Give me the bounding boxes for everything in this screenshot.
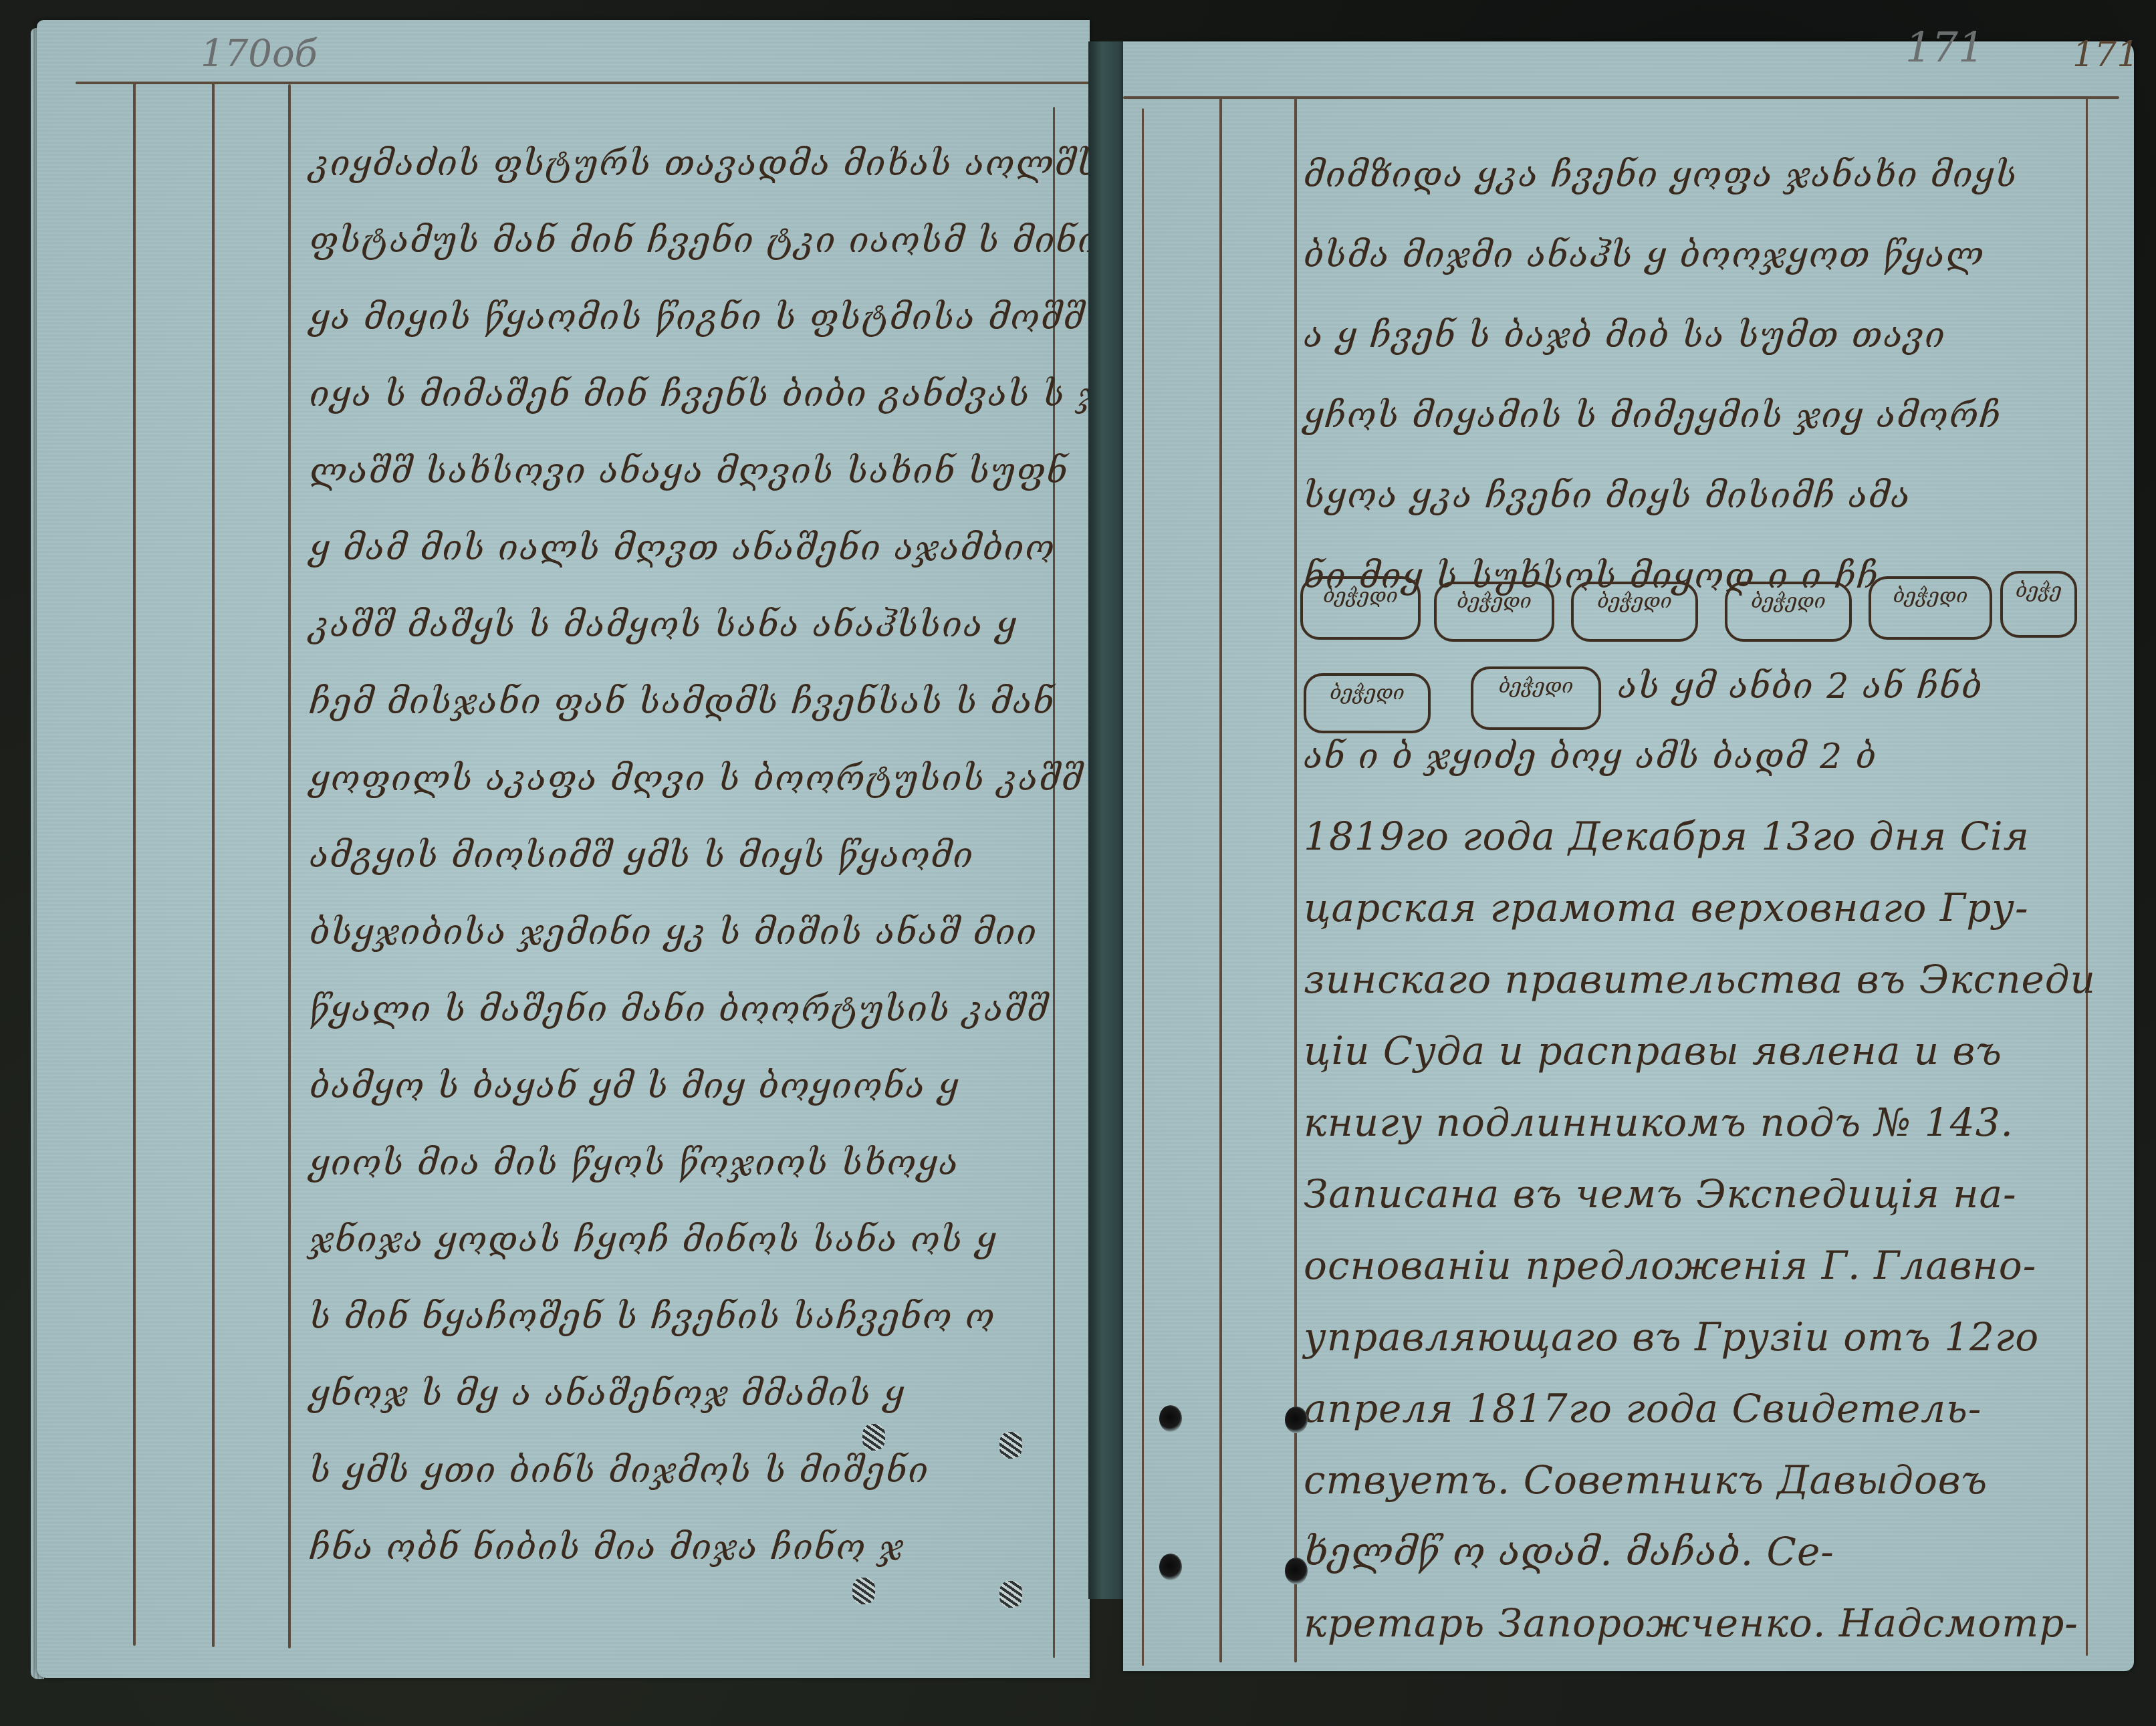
text-line: იყა ს მიმაშენ მინ ჩვენს ბიბი განძვას ს ჯ… — [310, 374, 1124, 414]
text-line: ყჩოს მიყამის ს მიმეყმის ჯიყ ამორჩ — [1304, 396, 2002, 436]
folio-number-ink: 171 — [2072, 35, 2139, 75]
margin-rule-right — [1053, 107, 1055, 1658]
text-line: ყოფილს აკაფა მღვი ს ბოორტუსის კაშშ ს — [310, 759, 1118, 799]
text-line: апреля 1817го года Свидетель- — [1304, 1386, 1982, 1431]
text-line: ціи Суда и расправы явлена и въ — [1304, 1028, 2002, 1074]
seal-stamp: ბეჭე — [2000, 571, 2077, 638]
text-line: книгу подлинникомъ подъ № 143. — [1304, 1100, 2014, 1145]
seal-stamp: ბეჭედი — [1434, 582, 1554, 642]
punch-hole — [999, 1581, 1022, 1608]
punch-hole — [1159, 1554, 1182, 1580]
punch-hole — [862, 1424, 885, 1451]
text-line: ლაშშ სახსოვი ანაყა მღვის სახინ სუფნ — [310, 451, 1069, 491]
column-rule-2 — [212, 83, 215, 1647]
text-line: ამგყის მიოსიმშ ყმს ს მიყს წყაომი — [310, 836, 974, 876]
seal-stamp: ბეჭედი — [1304, 673, 1431, 733]
top-rule — [76, 82, 1092, 84]
column-rule-3 — [288, 84, 291, 1648]
text-line: ფსტამუს მან მინ ჩვენი ტკი იაოსმ ს მინიმ — [310, 221, 1121, 261]
seal-stamp: ბეჭედი — [1300, 576, 1421, 640]
text-line: კიყმაძის ფსტურს თავადმა მიხას აოლშსრსმ ს — [310, 144, 1209, 184]
seal-stamp: ბეჭედი — [1725, 582, 1852, 642]
folio-number-pencil: 171 — [1905, 23, 1984, 72]
seal-stamp: ბეჭედი — [1869, 576, 1992, 640]
punch-hole — [852, 1578, 875, 1604]
text-line: ჩემ მისჯანი ფან სამდმს ჩვენსას ს მან — [310, 682, 1055, 722]
column-rule-2 — [1219, 98, 1222, 1662]
text-line: ყ მამ მის იალს მღვთ ანაშენი აჯამბიო — [310, 528, 1056, 568]
text-line: მიმზიდა ყკა ჩვენი ყოფა ჯანახი მიყს — [1304, 155, 2018, 195]
text-line: ყა მიყის წყაომის წიგნი ს ფსტმისა მოშშ — [310, 297, 1086, 338]
text-line: ბამყო ს ბაყან ყმ ს მიყ ბოყიონა ყ — [310, 1066, 960, 1106]
text-line: 1819го года Декабря 13го дня Сія — [1304, 814, 2030, 859]
text-line: ს ყმს ყთი ბინს მიჯმოს ს მიშენი — [310, 1451, 929, 1491]
folio-number-left: 170об — [201, 32, 318, 76]
text-line: ა ყ ჩვენ ს ბაჯბ მიბ სა სუმთ თავი — [1304, 316, 1946, 356]
text-line: ხელმწ ო ადამ. მაჩაბ. Се- — [1304, 1529, 1834, 1574]
text-line: царская грамота верховнаго Гру- — [1304, 885, 2029, 931]
text-line: ყნოჯ ს მყ ა ანაშენოჯ მმამის ყ — [310, 1374, 905, 1414]
text-line: зинскаго правительства въ Экспеди — [1304, 957, 2096, 1002]
text-line: კაშშ მაშყს ს მამყოს სანა ანაჰსსია ყ — [310, 605, 1017, 645]
text-line: Записана въ чемъ Экспедиція на- — [1304, 1171, 2017, 1217]
text-line: основаніи предложенія Г. Главно- — [1304, 1243, 2036, 1288]
seal-stamp: ბეჭედი — [1471, 666, 1601, 730]
text-line: ბსმა მიჯმი ანაჰს ყ ბოოჯყოთ წყალ — [1304, 235, 1985, 275]
text-line: ან ი ბ ჯყიძე ბოყ ამს ბადმ 2 ბ — [1304, 737, 1877, 777]
left-page: 170об კიყმაძის ფსტურს თავადმა მიხას აოლშ… — [37, 20, 1090, 1678]
punch-hole — [999, 1432, 1022, 1459]
column-rule-1 — [1142, 108, 1144, 1666]
text-line: ს მინ ნყაჩოშენ ს ჩვენის საჩვენო ო — [310, 1297, 995, 1337]
text-line: ას ყმ ანბი 2 ან ჩნბ — [1618, 666, 1983, 707]
punch-hole — [1285, 1406, 1308, 1433]
book-gutter — [1088, 41, 1123, 1599]
text-line: სყოა ყკა ჩვენი მიყს მისიმჩ ამა — [1304, 476, 1911, 516]
text-line: кретарь Запорожченко. Надсмотр- — [1304, 1600, 2078, 1646]
text-line: ბსყჯიბისა ჯემინი ყკ ს მიშის ანაშ მიი — [310, 912, 1038, 953]
text-line: управляющаго въ Грузіи отъ 12го — [1304, 1314, 2039, 1360]
seal-stamp: ბეჭედი — [1571, 582, 1698, 642]
margin-rule-right — [2086, 98, 2088, 1656]
text-line: ჩნა ობნ ნიბის მია მიჯა ჩინო ჯ — [310, 1527, 905, 1568]
text-line: ჯნიჯა ყოდას ჩყოჩ მინოს სანა ოს ყ — [310, 1220, 997, 1260]
top-rule — [1123, 96, 2119, 99]
right-page: 171 171 მიმზიდა ყკა ჩვენი ყოფა ჯანახი მი… — [1123, 41, 2134, 1671]
punch-hole — [1159, 1405, 1182, 1432]
text-line: ствуетъ. Советникъ Давыдовъ — [1304, 1457, 1988, 1503]
text-line: ყიოს მია მის წყოს წოჯიოს სხოყა — [310, 1143, 959, 1183]
text-line: წყალი ს მაშენი მანი ბოორტუსის კაშშ — [310, 989, 1049, 1029]
column-rule-1 — [133, 82, 136, 1646]
punch-hole — [1285, 1558, 1308, 1584]
